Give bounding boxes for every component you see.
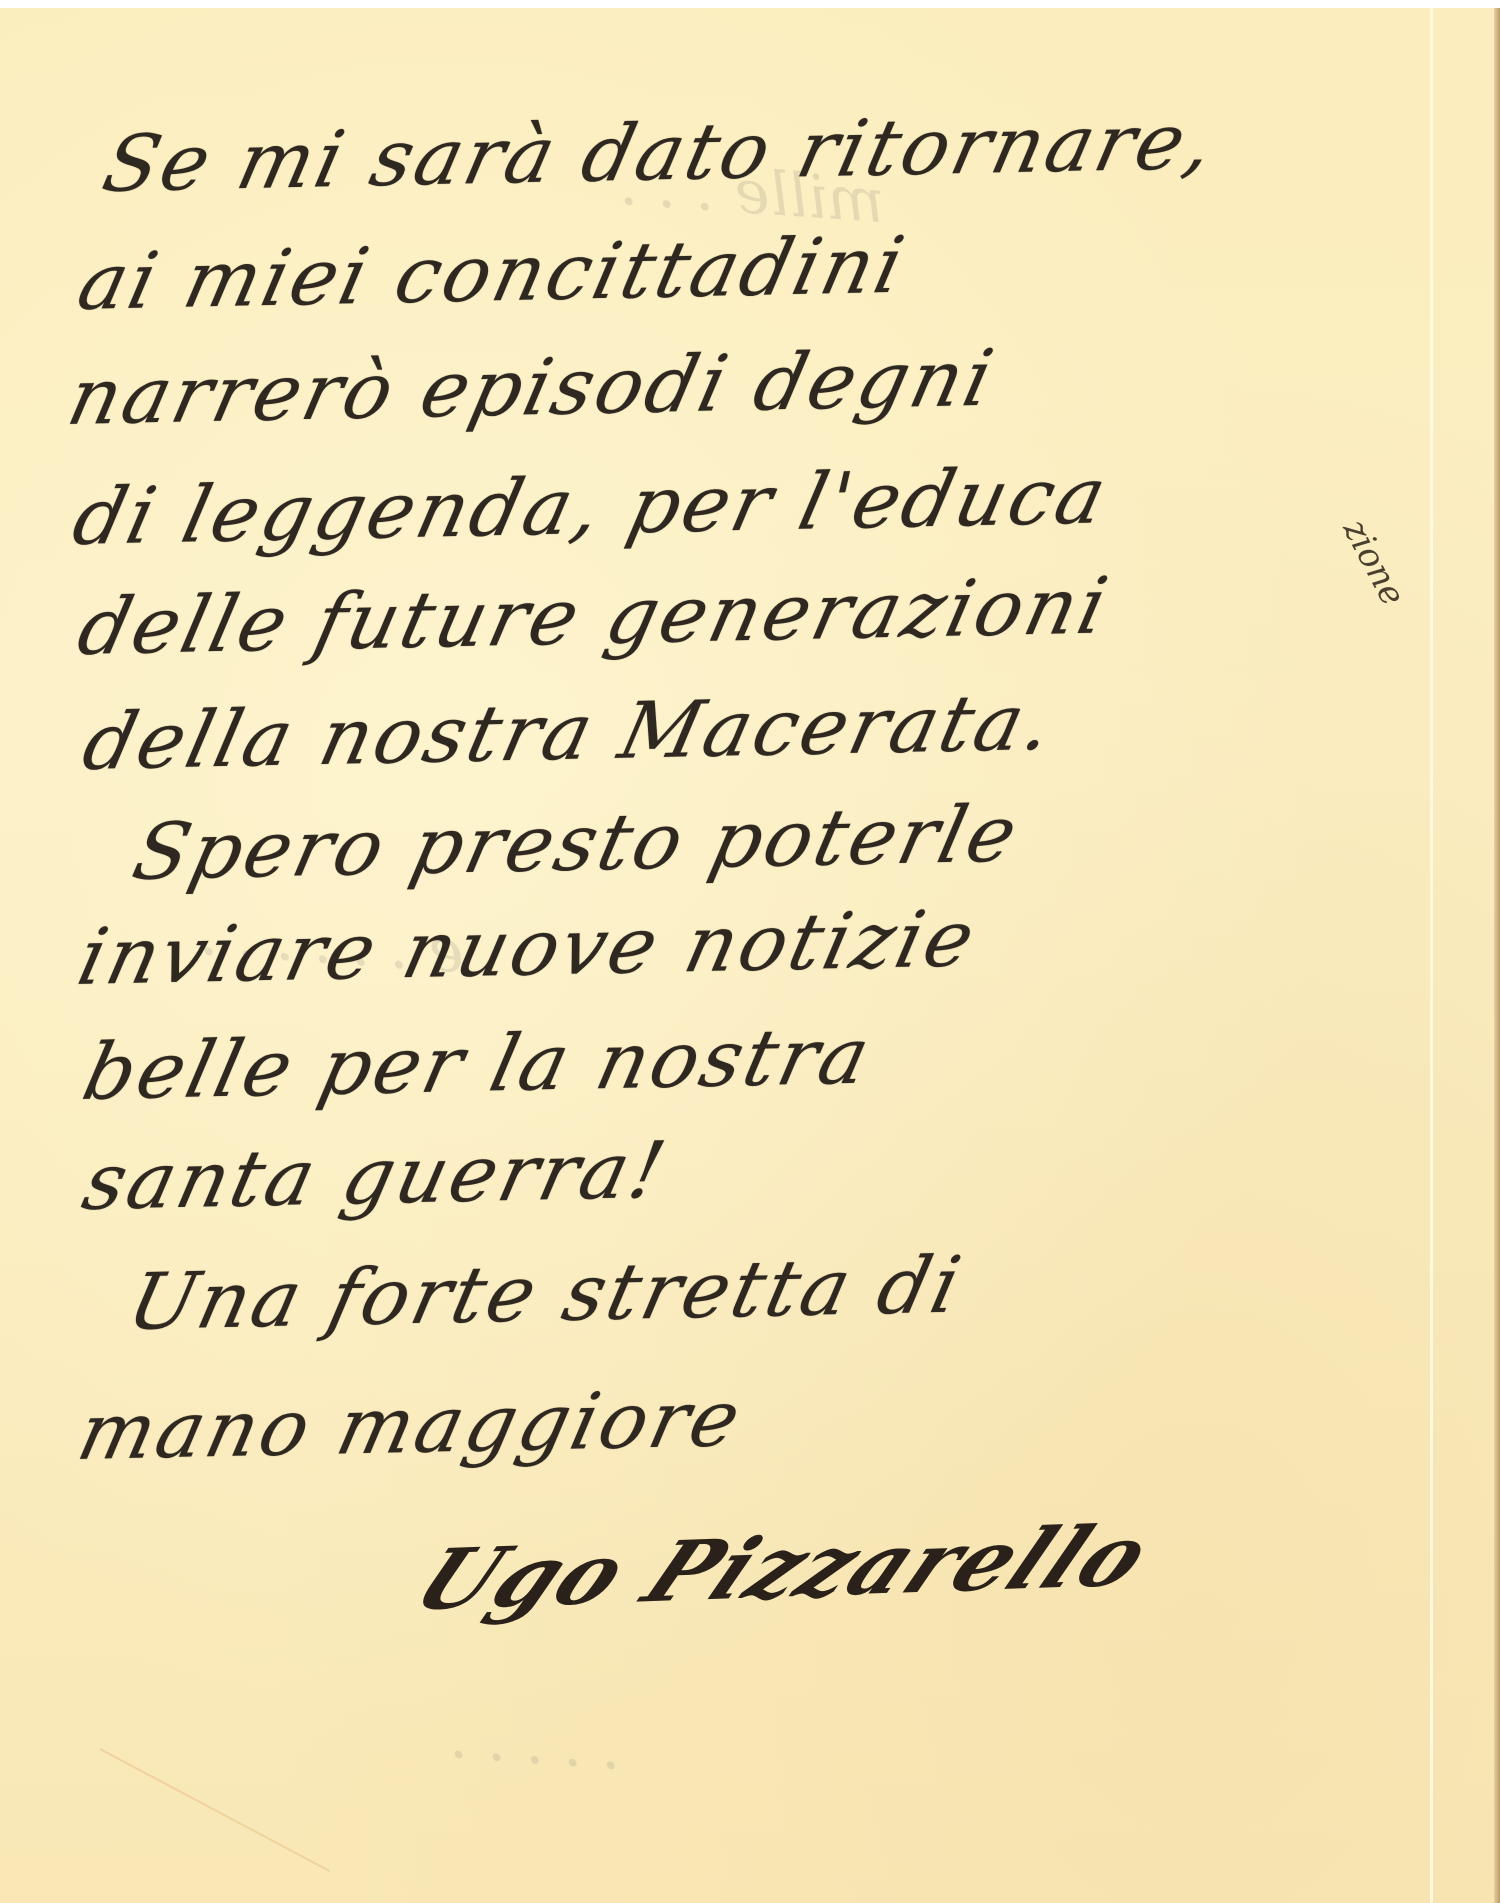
letter-line-12: mano maggiore <box>70 1374 751 1478</box>
bleed-through-text: . . . . . <box>448 1702 624 1784</box>
margin-note: zione <box>1335 513 1413 612</box>
letter-line-1: Se mi sarà dato ritornare, <box>95 97 1225 210</box>
fold-line <box>1430 8 1433 1903</box>
letter-line-2: ai miei concittadini <box>70 221 914 328</box>
letter-line-4: di leggenda, per l'educa <box>65 452 1117 563</box>
letter-line-3: narrerò episodi degni <box>60 334 1004 443</box>
paper-crease <box>100 1748 331 1872</box>
letter-line-6: della nostra Macerata. <box>75 678 1063 788</box>
letter-line-10: santa guerra! <box>75 1126 676 1228</box>
letter-line-11: Una forte stretta di <box>120 1241 971 1348</box>
letter-page: mille . . . e . . . . . . . . . . . Se m… <box>0 8 1500 1903</box>
letter-line-8: inviare nuove notizie <box>70 894 985 1003</box>
paper-edge <box>1494 8 1500 1903</box>
signature: Ugo Pizzarello <box>399 1506 1169 1630</box>
letter-line-9: belle per la nostra <box>75 1012 880 1118</box>
letter-line-7: Spero presto poterle <box>125 790 1028 898</box>
letter-line-5: delle future generazioni <box>70 562 1118 673</box>
